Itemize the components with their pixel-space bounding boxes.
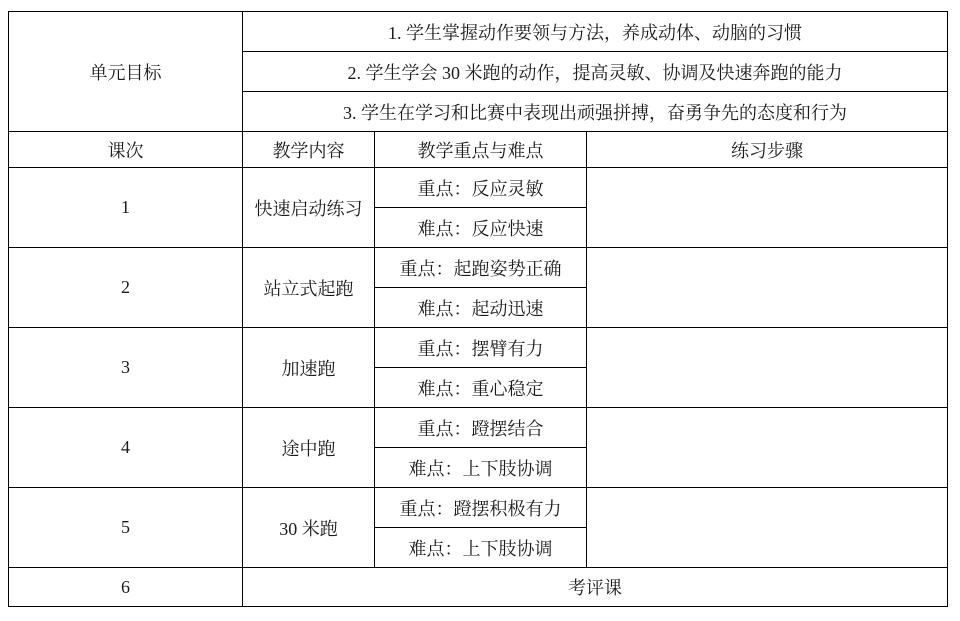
evaluation-cell: 考评课 [243,568,948,607]
unit-teaching-plan-table: 单元目标 1. 学生掌握动作要领与方法，养成动体、动脑的习惯 2. 学生学会 3… [8,11,948,607]
practice-steps-cell [587,488,948,568]
teaching-content-cell: 快速启动练习 [243,168,375,248]
objective-cell: 2. 学生学会 30 米跑的动作，提高灵敏、协调及快速奔跑的能力 [243,52,948,92]
objective-cell: 1. 学生掌握动作要领与方法，养成动体、动脑的习惯 [243,12,948,52]
lesson-no-cell: 2 [9,248,243,328]
practice-steps-cell [587,328,948,408]
header-practice-steps: 练习步骤 [587,132,948,168]
unit-goal-cell: 单元目标 [9,12,243,132]
key-point-cell: 重点：起跑姿势正确 [375,248,587,288]
key-point-cell: 重点：反应灵敏 [375,168,587,208]
objective-row: 单元目标 1. 学生掌握动作要领与方法，养成动体、动脑的习惯 [9,12,948,52]
difficulty-cell: 难点：上下肢协调 [375,448,587,488]
lesson-row: 2 站立式起跑 重点：起跑姿势正确 [9,248,948,288]
lesson-row: 4 途中跑 重点：蹬摆结合 [9,408,948,448]
teaching-content-cell: 途中跑 [243,408,375,488]
header-row: 课次 教学内容 教学重点与难点 练习步骤 [9,132,948,168]
key-point-cell: 重点：蹬摆积极有力 [375,488,587,528]
header-lesson-no: 课次 [9,132,243,168]
teaching-content-cell: 加速跑 [243,328,375,408]
lesson-row: 3 加速跑 重点：摆臂有力 [9,328,948,368]
lesson-no-cell: 1 [9,168,243,248]
difficulty-cell: 难点：重心稳定 [375,368,587,408]
difficulty-cell: 难点：上下肢协调 [375,528,587,568]
lesson-no-cell: 3 [9,328,243,408]
difficulty-cell: 难点：反应快速 [375,208,587,248]
practice-steps-cell [587,248,948,328]
lesson-no-cell: 5 [9,488,243,568]
header-key-and-difficult: 教学重点与难点 [375,132,587,168]
lesson-no-cell: 4 [9,408,243,488]
key-point-cell: 重点：摆臂有力 [375,328,587,368]
practice-steps-cell [587,168,948,248]
lesson-row: 1 快速启动练习 重点：反应灵敏 [9,168,948,208]
lesson-row: 5 30 米跑 重点：蹬摆积极有力 [9,488,948,528]
teaching-content-cell: 30 米跑 [243,488,375,568]
header-teaching-content: 教学内容 [243,132,375,168]
teaching-content-cell: 站立式起跑 [243,248,375,328]
difficulty-cell: 难点：起动迅速 [375,288,587,328]
evaluation-row: 6 考评课 [9,568,948,607]
lesson-no-cell: 6 [9,568,243,607]
key-point-cell: 重点：蹬摆结合 [375,408,587,448]
objective-cell: 3. 学生在学习和比赛中表现出顽强拼搏，奋勇争先的态度和行为 [243,92,948,132]
practice-steps-cell [587,408,948,488]
